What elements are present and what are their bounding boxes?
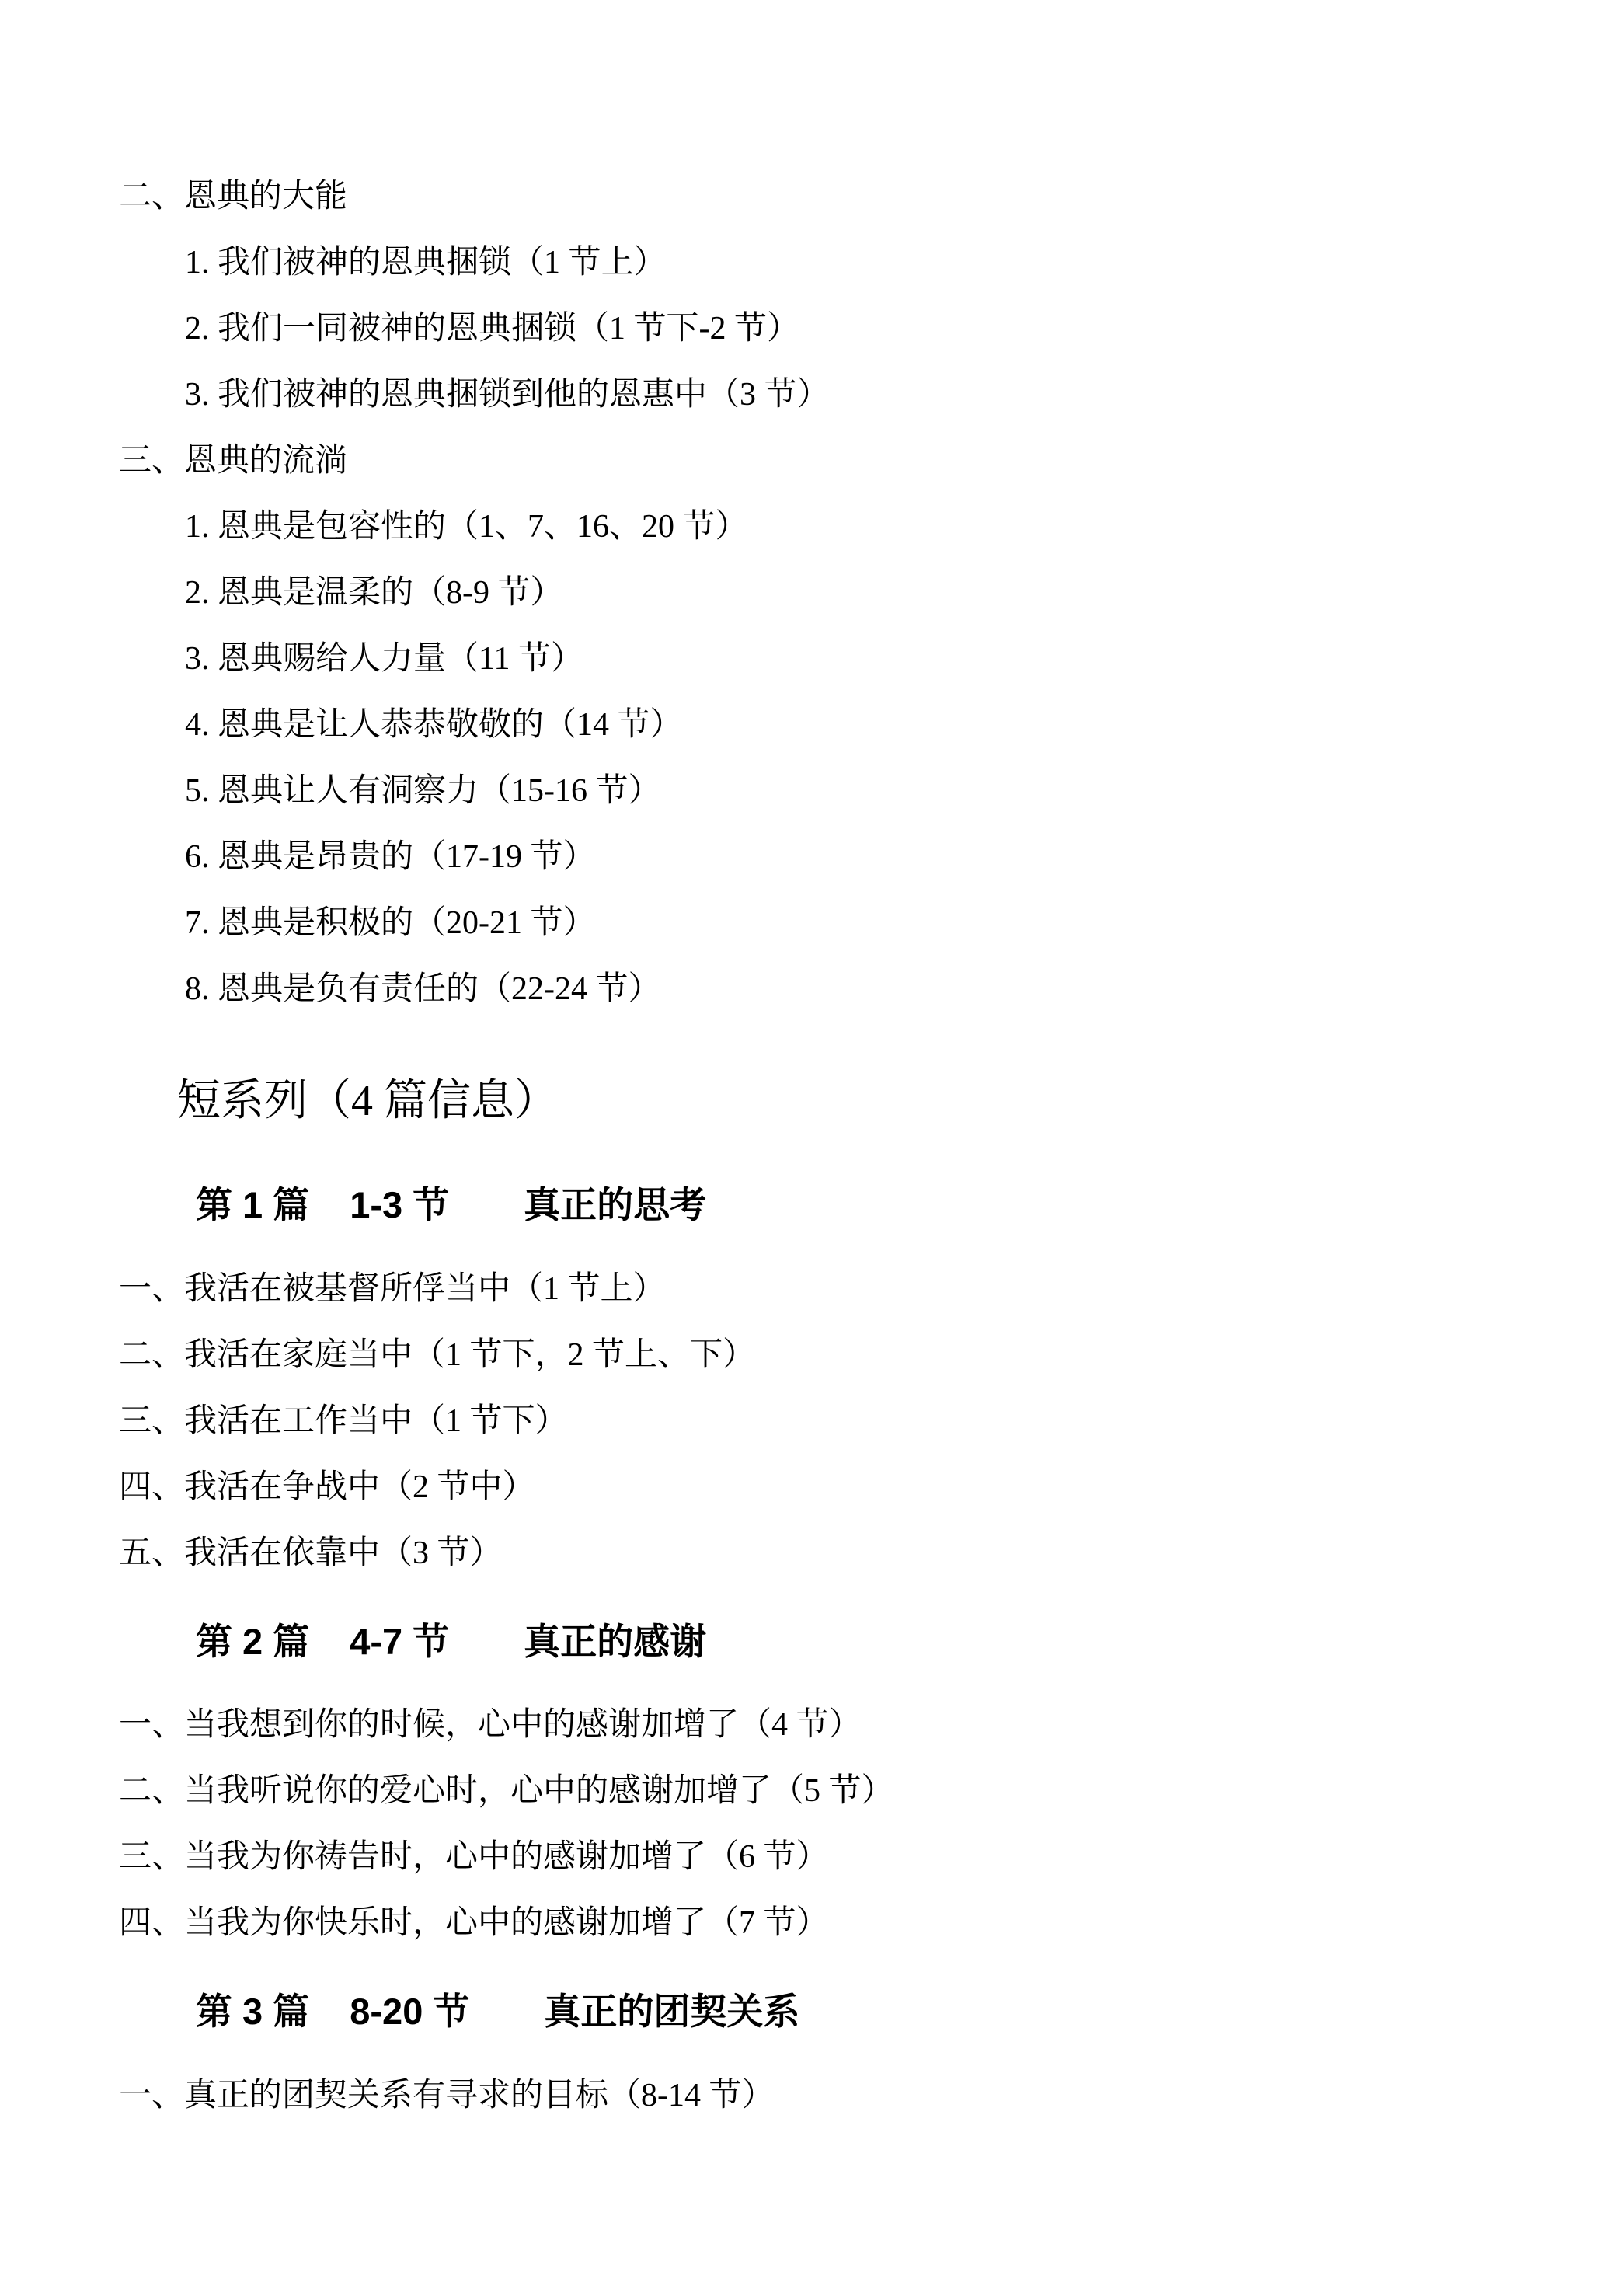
section-heading-grace-flow: 三、恩典的流淌 [119,441,347,480]
sermon-title: 真正的思考 [524,1183,706,1228]
section-heading-grace-power: 二、恩典的大能 [119,177,347,216]
sermon-heading-1: 第 1 篇1-3 节真正的思考 [196,1183,706,1228]
sermon-number: 第 2 篇 [196,1619,309,1664]
sermon-point: 一、当我想到你的时候，心中的感谢加增了（4 节） [119,1705,862,1744]
series-title: 短系列（4 篇信息） [177,1075,558,1127]
outline-item: 8. 恩典是负有责任的（22-24 节） [185,970,661,1009]
sermon-verses: 1-3 节 [350,1183,449,1228]
document-page: 二、恩典的大能 1. 我们被神的恩典捆锁（1 节上） 2. 我们一同被神的恩典捆… [0,0,1616,2296]
outline-item: 7. 恩典是积极的（20-21 节） [185,904,596,942]
outline-item: 3. 恩典赐给人力量（11 节） [185,639,583,678]
sermon-point: 五、我活在依靠中（3 节） [119,1534,503,1573]
outline-item: 4. 恩典是让人恭恭敬敬的（14 节） [185,706,683,744]
outline-item: 3. 我们被神的恩典捆锁到他的恩惠中（3 节） [185,375,830,414]
sermon-verses: 8-20 节 [350,1989,469,2034]
sermon-point: 一、真正的团契关系有寻求的目标（8-14 节） [119,2076,775,2115]
sermon-point: 三、当我为你祷告时，心中的感谢加增了（6 节） [119,1838,829,1876]
outline-item: 1. 恩典是包容性的（1、7、16、20 节） [185,507,748,546]
sermon-title: 真正的感谢 [524,1619,706,1664]
sermon-heading-2: 第 2 篇4-7 节真正的感谢 [196,1619,706,1664]
outline-item: 1. 我们被神的恩典捆锁（1 节上） [185,243,667,282]
sermon-point: 四、我活在争战中（2 节中） [119,1468,535,1507]
outline-item: 2. 恩典是温柔的（8-9 节） [185,573,563,612]
sermon-heading-3: 第 3 篇8-20 节真正的团契关系 [196,1989,799,2034]
sermon-point: 二、当我听说你的爱心时，心中的感谢加增了（5 节） [119,1772,894,1810]
sermon-number: 第 1 篇 [196,1183,309,1228]
sermon-point: 二、我活在家庭当中（1 节下，2 节上、下） [119,1336,755,1374]
sermon-verses: 4-7 节 [350,1619,449,1664]
sermon-point: 一、我活在被基督所俘当中（1 节上） [119,1270,666,1308]
sermon-number: 第 3 篇 [196,1989,309,2034]
outline-item: 5. 恩典让人有洞察力（15-16 节） [185,772,661,810]
outline-item: 6. 恩典是昂贵的（17-19 节） [185,838,596,876]
sermon-title: 真正的团契关系 [544,1989,799,2034]
outline-item: 2. 我们一同被神的恩典捆锁（1 节下-2 节） [185,309,799,348]
sermon-point: 四、当我为你快乐时，心中的感谢加增了（7 节） [119,1904,829,1942]
sermon-point: 三、我活在工作当中（1 节下） [119,1402,568,1441]
